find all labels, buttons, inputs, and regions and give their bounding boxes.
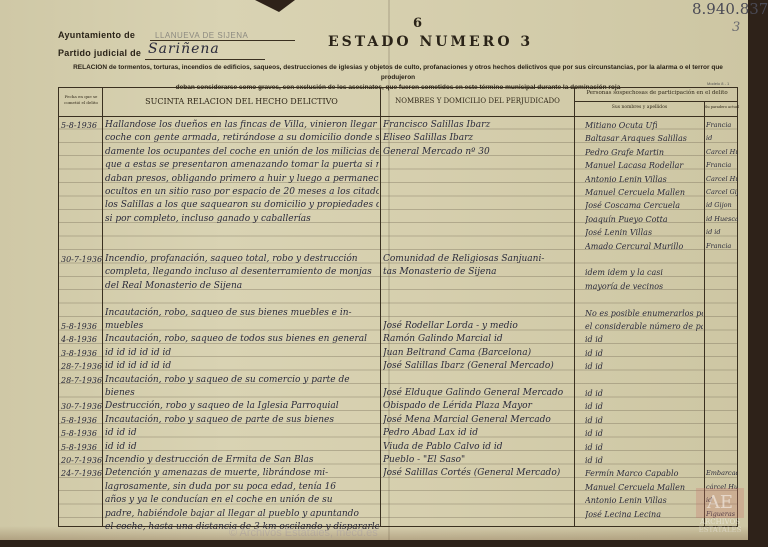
row-description: del Real Monasterio de Sijena	[105, 280, 379, 293]
row-description: daban presos, obligando primero a huir y…	[105, 173, 379, 186]
row-date: 5-8-1936	[61, 441, 102, 454]
row-victim: José Rodellar Lorda - y medio	[383, 320, 573, 333]
row-victim: Pedro Abad Lax id id	[383, 427, 573, 440]
row-suspect: id id	[585, 347, 703, 360]
row-victim: tas Monasterio de Sijena	[383, 266, 573, 279]
row-victim: José Elduque Galindo General Mercado	[383, 387, 573, 400]
row-whereabouts: Embarcado	[706, 467, 738, 480]
row-victim: Viuda de Pablo Calvo id id	[383, 441, 573, 454]
row-victim: Pueblo - "El Saso"	[383, 454, 573, 467]
header-suspect-names: Sus nombres y apellidos	[575, 105, 704, 110]
row-date: 30-7-1936	[61, 400, 102, 413]
row-suspect: Fermín Marco Capablo	[585, 467, 703, 480]
row-suspect: Baltasar Araques Salillas	[585, 132, 703, 145]
row-whereabouts: id Gijon	[706, 199, 738, 212]
ayuntamiento-value: LLANUEVA DE SIJENA	[155, 31, 248, 40]
column-divider-suspects	[704, 101, 705, 526]
row-description: que a estas se presentaron amenazando to…	[105, 159, 379, 172]
ayuntamiento-label: Ayuntamiento de	[58, 30, 135, 40]
row-date: 5-8-1936	[61, 414, 102, 427]
row-suspect: Manuel Lacasa Rodellar	[585, 159, 703, 172]
row-description: damente los ocupantes del coche en unión…	[105, 146, 379, 159]
row-description: id id id id id id	[105, 360, 379, 373]
row-description: ocultos en un sitio raso por espacio de …	[105, 186, 379, 199]
row-date: 28-7-1936	[61, 360, 102, 373]
row-suspect: Antonio Lenin Villas	[585, 173, 703, 186]
row-whereabouts: id	[706, 132, 738, 145]
row-description: id id id	[105, 427, 379, 440]
modelo-mark: Modelo 8 - 1	[707, 81, 729, 86]
row-suspect: idem idem y la casi	[585, 266, 703, 279]
row-description: Incendio, profanación, saqueo total, rob…	[105, 253, 379, 266]
column-divider-victim	[574, 88, 575, 526]
row-date: 24-7-1936	[61, 467, 102, 480]
row-description: lagrosamente, sin duda por su poca edad,…	[105, 481, 379, 494]
row-date: 20-7-1936	[61, 454, 102, 467]
row-victim: José Salillas Cortés (General Mercado)	[383, 467, 573, 480]
row-description: Detención y amenazas de muerte, librándo…	[105, 467, 379, 480]
column-divider-description	[380, 88, 381, 526]
row-suspect: José Lenin Villas	[585, 226, 703, 239]
row-victim: Ramón Galindo Marcial id	[383, 333, 573, 346]
row-description: bienes	[105, 387, 379, 400]
sheet-mark: 3	[732, 20, 740, 35]
watermark-logo: AE	[696, 488, 744, 518]
row-description: coche con gente armada, retirándose a su…	[105, 132, 379, 145]
row-description: los Salillas a los que saquearon su domi…	[105, 199, 379, 212]
intro-line-1: RELACION de tormentos, torturas, incendi…	[58, 63, 738, 83]
row-description: muebles	[105, 320, 379, 333]
row-victim: Francisco Salillas Ibarz	[383, 119, 573, 132]
row-suspect: Pedro Grafe Martin	[585, 146, 703, 159]
row-victim: Comunidad de Religiosas Sanjuani-	[383, 253, 573, 266]
row-suspect: Manuel Cercuela Mallen	[585, 186, 703, 199]
watermark-line-1: ARCHIVOS	[690, 518, 750, 526]
row-victim: General Mercado nº 30	[383, 146, 573, 159]
row-suspect: id id	[585, 360, 703, 373]
row-whereabouts: id Huesca	[706, 213, 738, 226]
row-suspect: Amado Cercural Murillo	[585, 240, 703, 253]
row-whereabouts: Carcel Gijon id	[706, 186, 738, 199]
row-suspect: id id	[585, 414, 703, 427]
row-whereabouts: Francia	[706, 159, 738, 172]
row-date: 3-8-1936	[61, 347, 102, 360]
row-description: si por completo, incluso ganado y caball…	[105, 213, 379, 226]
partido-value: Sariñena	[148, 41, 220, 57]
row-victim: José Salillas Ibarz (General Mercado)	[383, 360, 573, 373]
row-description: Incautación, robo, saqueo de sus bienes …	[105, 307, 379, 320]
reference-number: 8.940.837	[692, 0, 768, 18]
row-description: Hallandose los dueños en las fincas de V…	[105, 119, 379, 132]
copyright-footer: © Archivos Estatales, mecd.es	[229, 527, 378, 539]
row-date: 5-8-1936	[61, 320, 102, 333]
row-victim: Juan Beltrand Cama (Barcelona)	[383, 347, 573, 360]
row-suspect: id id	[585, 427, 703, 440]
row-whereabouts: Francia	[706, 119, 738, 132]
row-date: 5-8-1936	[61, 427, 102, 440]
row-suspect: No es posible enumerarlos por	[585, 307, 703, 320]
row-date: 4-8-1936	[61, 333, 102, 346]
row-victim: Eliseo Salillas Ibarz	[383, 132, 573, 145]
header-victim: NOMBRES Y DOMICILIO DEL PERJUDICADO	[381, 97, 574, 105]
header-date: Fecha en que se cometió el delito	[61, 94, 101, 106]
row-victim: José Mena Marcial General Mercado	[383, 414, 573, 427]
watermark-line-2: ESTATALES	[690, 526, 750, 534]
row-whereabouts: Carcel Huesca	[706, 173, 738, 186]
row-description: Incautación, robo y saqueo de su comerci…	[105, 374, 379, 387]
row-description: Incendio y destrucción de Ermita de San …	[105, 454, 379, 467]
row-victim: Obispado de Lérida Plaza Mayor	[383, 400, 573, 413]
header-suspects: Personas sospechosas de participación en…	[575, 90, 739, 96]
row-suspect: mayoría de vecinos	[585, 280, 703, 293]
row-description: completa, llegando incluso al desenterra…	[105, 266, 379, 279]
row-suspect: Manuel Cercuela Mallen	[585, 481, 703, 494]
row-description: Destrucción, robo y saqueo de la Iglesia…	[105, 400, 379, 413]
row-description: id id id id id id	[105, 347, 379, 360]
row-description: años y ya le conducían en el coche en un…	[105, 494, 379, 507]
row-whereabouts: Carcel Huesca	[706, 146, 738, 159]
row-description: id id id	[105, 441, 379, 454]
row-description: Incautación, robo, saqueo de todos sus b…	[105, 333, 379, 346]
header-description: SUCINTA RELACION DEL HECHO DELICTIVO	[103, 97, 380, 106]
row-suspect: el considerable número de participantes	[585, 320, 703, 333]
row-suspect: José Coscama Cercuela	[585, 199, 703, 212]
row-whereabouts: Francia	[706, 240, 738, 253]
row-whereabouts: id id	[706, 226, 738, 239]
row-suspect: id id	[585, 454, 703, 467]
row-description: el coche, hasta una distancia de 3 km os…	[105, 521, 379, 534]
row-suspect: id id	[585, 441, 703, 454]
column-divider-date	[102, 88, 103, 526]
row-date: 28-7-1936	[61, 374, 102, 387]
page-number: 6	[413, 16, 422, 31]
row-description: padre, habiéndole bajar al llegar al pue…	[105, 508, 379, 521]
row-date: 30-7-1936	[61, 253, 102, 266]
partido-line	[145, 59, 265, 60]
row-suspect: José Lecina Lecina	[585, 508, 703, 521]
row-suspect: Joaquín Pueyo Cotta	[585, 213, 703, 226]
row-date: 5-8-1936	[61, 119, 102, 132]
suspects-subheader-line	[574, 101, 737, 102]
row-description: Incautación, robo y saqueo de parte de s…	[105, 414, 379, 427]
row-suspect: id id	[585, 333, 703, 346]
page-tear	[255, 0, 295, 12]
row-suspect: id id	[585, 387, 703, 400]
row-suspect: Antonio Lenin Villas	[585, 494, 703, 507]
document-page: 8.940.837 3 6 ESTADO NUMERO 3 Ayuntamien…	[0, 0, 748, 540]
document-title: ESTADO NUMERO 3	[328, 34, 533, 50]
archive-watermark: AE ARCHIVOS ESTATALES	[690, 488, 750, 543]
partido-label: Partido judicial de	[58, 48, 141, 58]
header-suspect-whereabouts: Su paradero actual	[705, 105, 739, 109]
row-suspect: Mitiano Ocuta Ufi	[585, 119, 703, 132]
incident-table: Fecha en que se cometió el delito SUCINT…	[58, 87, 738, 527]
row-suspect: id id	[585, 400, 703, 413]
